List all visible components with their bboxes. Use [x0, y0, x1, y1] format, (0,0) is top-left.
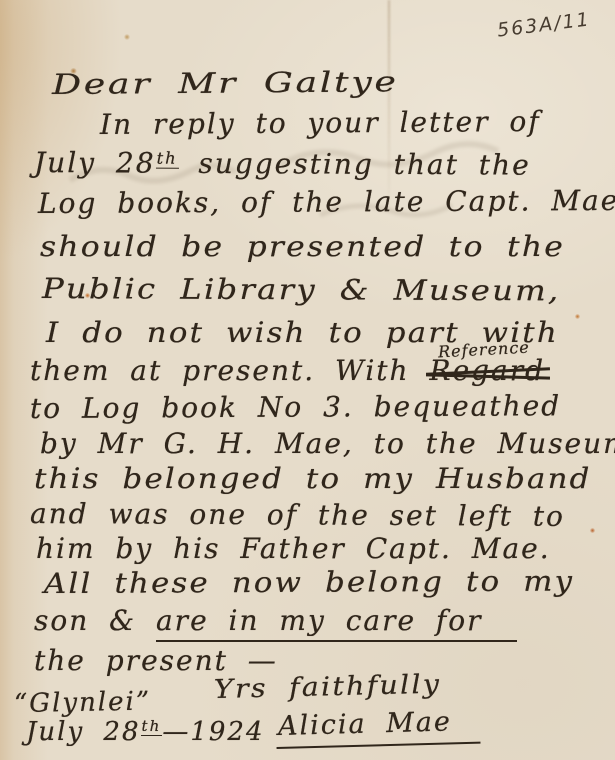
letter-line-1: In reply to your letter of: [100, 107, 541, 141]
letter-line-5: Public Library & Museum,: [42, 274, 561, 307]
letter-line-13: All these now belong to my: [44, 566, 574, 599]
signature: Alicia Mae: [276, 707, 481, 742]
closing: Yrs faithfully: [214, 671, 442, 705]
letter-line-2: July 28th suggesting that the: [34, 148, 531, 181]
letter-line-10: this belonged to my Husband: [34, 464, 592, 495]
letter-line-11: and was one of the set left to: [30, 499, 565, 533]
salutation: Dear Mr Galtye: [52, 67, 399, 101]
letter-line-15: the present —: [34, 646, 278, 677]
superscript-th: th: [156, 149, 179, 169]
underlined-phrase: are in my care for: [156, 604, 517, 642]
sender-address: “Glynlei”: [14, 688, 152, 719]
letter-page: 563A/11 Dear Mr Galtye In reply to your …: [0, 0, 615, 760]
fox-spot: [575, 314, 580, 319]
letter-line-7: them at present. With Regard Reference: [30, 356, 545, 387]
letter-line-9: by Mr G. H. Mae, to the Museum,: [40, 429, 615, 460]
letter-line-3: Log books, of the late Capt. Mae: [38, 186, 615, 220]
fox-spot: [124, 34, 130, 40]
letter-line-12: him by his Father Capt. Mae.: [36, 534, 551, 565]
superscript-th: th: [141, 717, 163, 736]
letter-date: July 28th—1924: [26, 718, 264, 747]
letter-line-4: should be presented to the: [40, 232, 565, 263]
fox-spot: [590, 528, 595, 533]
letter-line-14: son & are in my care for: [34, 606, 517, 637]
letter-line-8: to Log book No 3. bequeathed: [30, 391, 561, 425]
